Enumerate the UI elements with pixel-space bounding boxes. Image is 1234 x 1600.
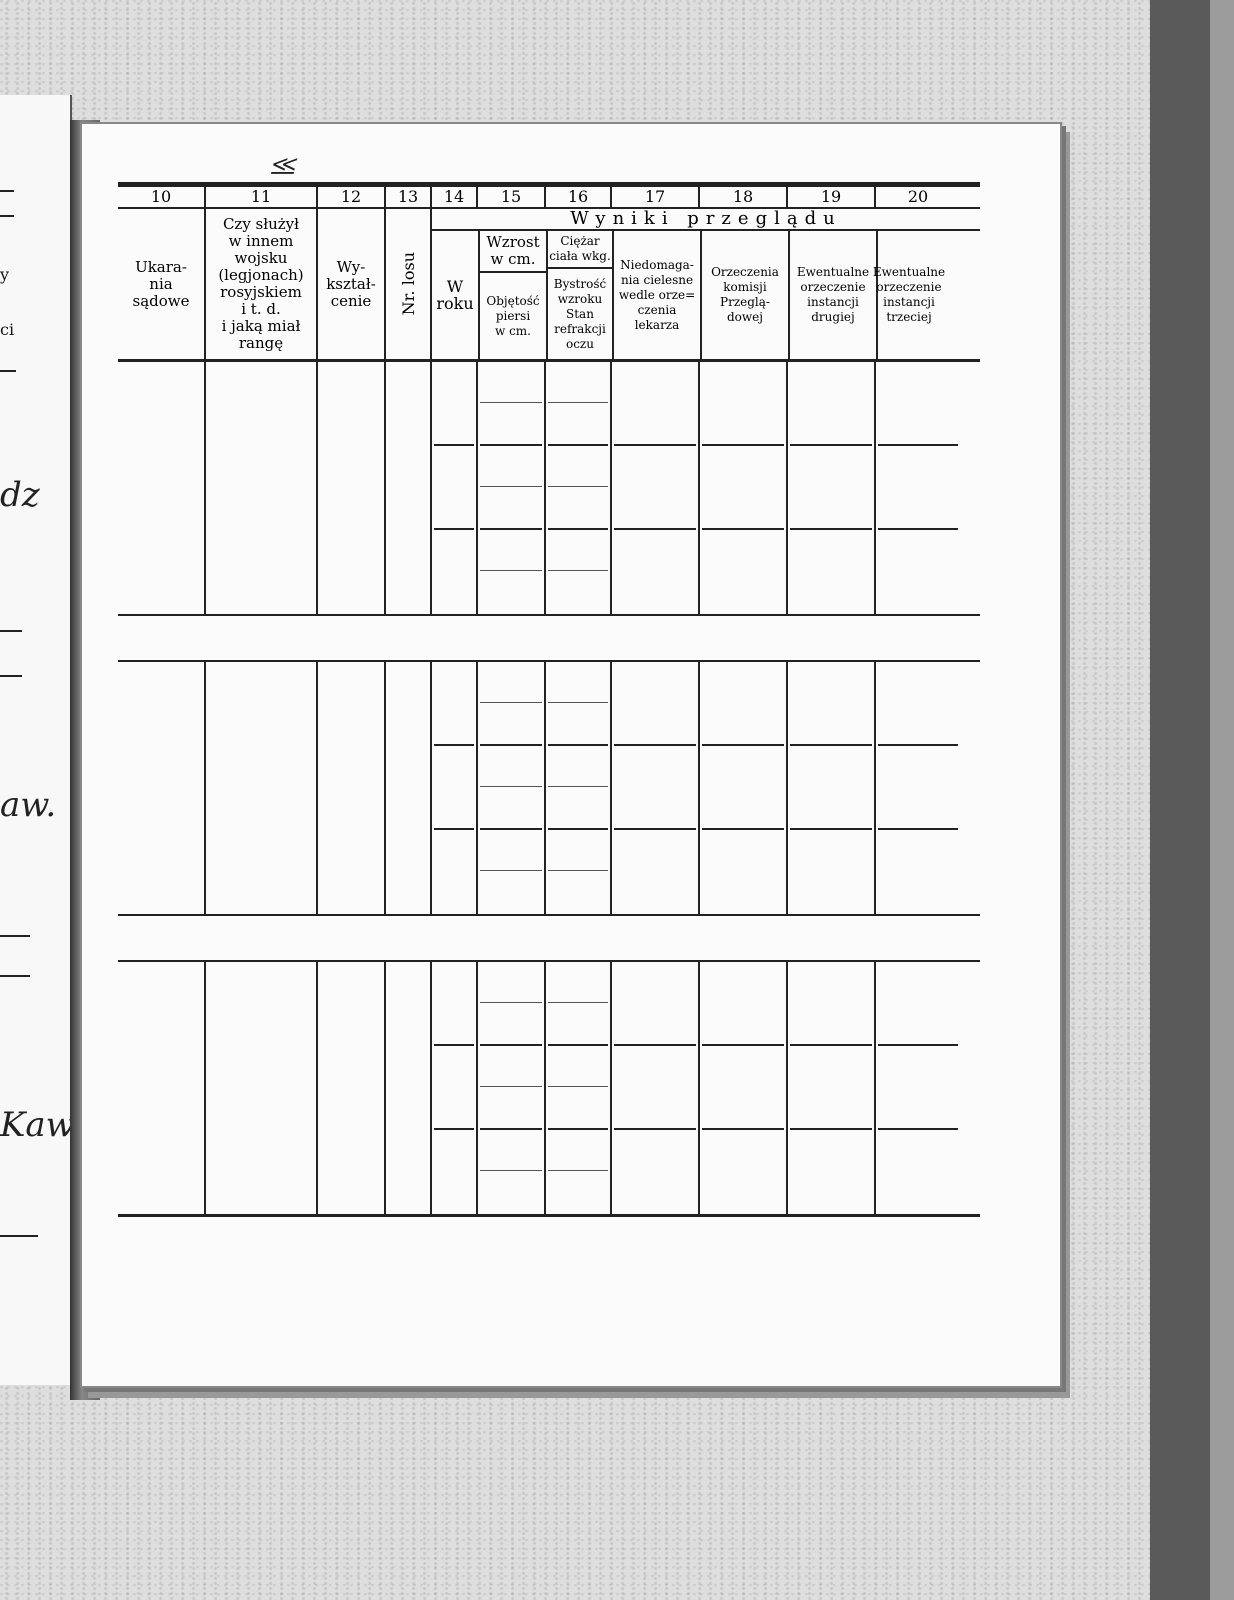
col-num: 18	[698, 187, 786, 207]
cell-w-roku[interactable]	[430, 962, 476, 1214]
cell-niedomagania[interactable]	[610, 962, 698, 1214]
cell-instancja-3[interactable]	[874, 362, 960, 614]
header-ciezar: Ciężar ciała wkg.	[548, 231, 612, 269]
cell-instancja-2[interactable]	[786, 362, 874, 614]
column-number-row: 10 11 12 13 14 15 16 17 18 19 20	[118, 187, 980, 209]
cell-sluzba[interactable]	[204, 362, 316, 614]
cell-wzrost[interactable]	[476, 962, 544, 1214]
handwritten-fragment: dz	[0, 475, 40, 515]
header-w-roku: W roku	[432, 231, 478, 359]
cell-wyksztalcenie[interactable]	[316, 962, 384, 1214]
entry-block	[118, 962, 980, 1217]
header-sluzba: Czy służył w innem wojsku (legjonach) ro…	[204, 209, 316, 359]
column-header-row: Ukara- nia sądowe Czy służył w innem woj…	[118, 209, 980, 362]
header-ukarania: Ukara- nia sądowe	[118, 209, 204, 359]
block-separator	[118, 616, 980, 662]
col-num: 13	[384, 187, 430, 207]
wyniki-group: Wyniki przeglądu W roku Wzrost w cm. Obj…	[430, 209, 980, 359]
col-num: 11	[204, 187, 316, 207]
cell-sluzba[interactable]	[204, 962, 316, 1214]
wyniki-columns: W roku Wzrost w cm. Objętość piersi w cm…	[432, 231, 980, 359]
header-instancja-2: Ewentualne orzeczenie instancji drugiej	[788, 231, 876, 359]
cell-ukarania[interactable]	[118, 662, 204, 914]
col-num: 16	[544, 187, 610, 207]
header-objetosc: Objętość piersi w cm.	[480, 273, 546, 359]
margin-mark: ⪣	[270, 150, 295, 181]
entry-block	[118, 362, 980, 616]
col-num: 17	[610, 187, 698, 207]
left-text-fragment: ci	[0, 320, 14, 339]
cell-orzeczenia[interactable]	[698, 962, 786, 1214]
cell-niedomagania[interactable]	[610, 662, 698, 914]
cell-niedomagania[interactable]	[610, 362, 698, 614]
cell-orzeczenia[interactable]	[698, 662, 786, 914]
left-text-fragment: y	[0, 265, 9, 284]
header-wzrost: Wzrost w cm.	[480, 231, 546, 273]
rule	[0, 215, 14, 217]
left-page-fragment: y ci dz aw. Kaw	[0, 95, 72, 1385]
group-header-wyniki: Wyniki przeglądu	[432, 209, 980, 231]
cell-ciezar[interactable]	[544, 662, 610, 914]
cell-wyksztalcenie[interactable]	[316, 662, 384, 914]
header-bystrosc: Bystrość wzroku Stan refrakcji oczu	[548, 269, 612, 359]
header-wzrost-cell: Wzrost w cm. Objętość piersi w cm.	[478, 231, 546, 359]
rule	[0, 975, 30, 977]
register-page: ⪣ 10 11 12 13 14 15 16 17 18 19 20 Ukara…	[80, 122, 1062, 1388]
cell-wzrost[interactable]	[476, 662, 544, 914]
cell-wzrost[interactable]	[476, 362, 544, 614]
scanner-edge	[1210, 0, 1234, 1600]
cell-wyksztalcenie[interactable]	[316, 362, 384, 614]
cell-ciezar[interactable]	[544, 362, 610, 614]
entry-block	[118, 662, 980, 916]
cell-ciezar[interactable]	[544, 962, 610, 1214]
cell-instancja-2[interactable]	[786, 662, 874, 914]
cell-instancja-3[interactable]	[874, 962, 960, 1214]
rule	[0, 370, 16, 372]
cell-ukarania[interactable]	[118, 962, 204, 1214]
cell-w-roku[interactable]	[430, 362, 476, 614]
block-separator	[118, 916, 980, 962]
cell-orzeczenia[interactable]	[698, 362, 786, 614]
col-num: 15	[476, 187, 544, 207]
header-instancja-3: Ewentualne orzeczenie instancji trzeciej	[876, 231, 940, 359]
cell-nr-losu[interactable]	[384, 962, 430, 1214]
handwritten-fragment: Kaw	[0, 1105, 75, 1145]
header-niedomagania: Niedomaga- nia cielesne wedle orze= czen…	[612, 231, 700, 359]
rule	[0, 190, 14, 192]
cell-instancja-2[interactable]	[786, 962, 874, 1214]
cell-ukarania[interactable]	[118, 362, 204, 614]
header-wyksztalcenie: Wy- kształ- cenie	[316, 209, 384, 359]
col-num: 12	[316, 187, 384, 207]
cell-w-roku[interactable]	[430, 662, 476, 914]
col-num: 14	[430, 187, 476, 207]
rule	[0, 1235, 38, 1237]
scanner-edge-shadow	[1150, 0, 1210, 1600]
header-nr-losu-cell: Nr. losu	[384, 209, 430, 359]
handwritten-fragment: aw.	[0, 785, 56, 825]
header-ciezar-cell: Ciężar ciała wkg. Bystrość wzroku Stan r…	[546, 231, 612, 359]
rule	[0, 630, 22, 632]
cell-instancja-3[interactable]	[874, 662, 960, 914]
col-num: 19	[786, 187, 874, 207]
cell-nr-losu[interactable]	[384, 662, 430, 914]
col-num: 20	[874, 187, 960, 207]
cell-nr-losu[interactable]	[384, 362, 430, 614]
cell-sluzba[interactable]	[204, 662, 316, 914]
rule	[0, 935, 30, 937]
header-nr-losu: Nr. losu	[400, 252, 417, 315]
register-table: 10 11 12 13 14 15 16 17 18 19 20 Ukara- …	[118, 182, 980, 1217]
rule	[0, 675, 22, 677]
col-num: 10	[118, 187, 204, 207]
header-orzeczenia: Orzeczenia komisji Przeglą- dowej	[700, 231, 788, 359]
